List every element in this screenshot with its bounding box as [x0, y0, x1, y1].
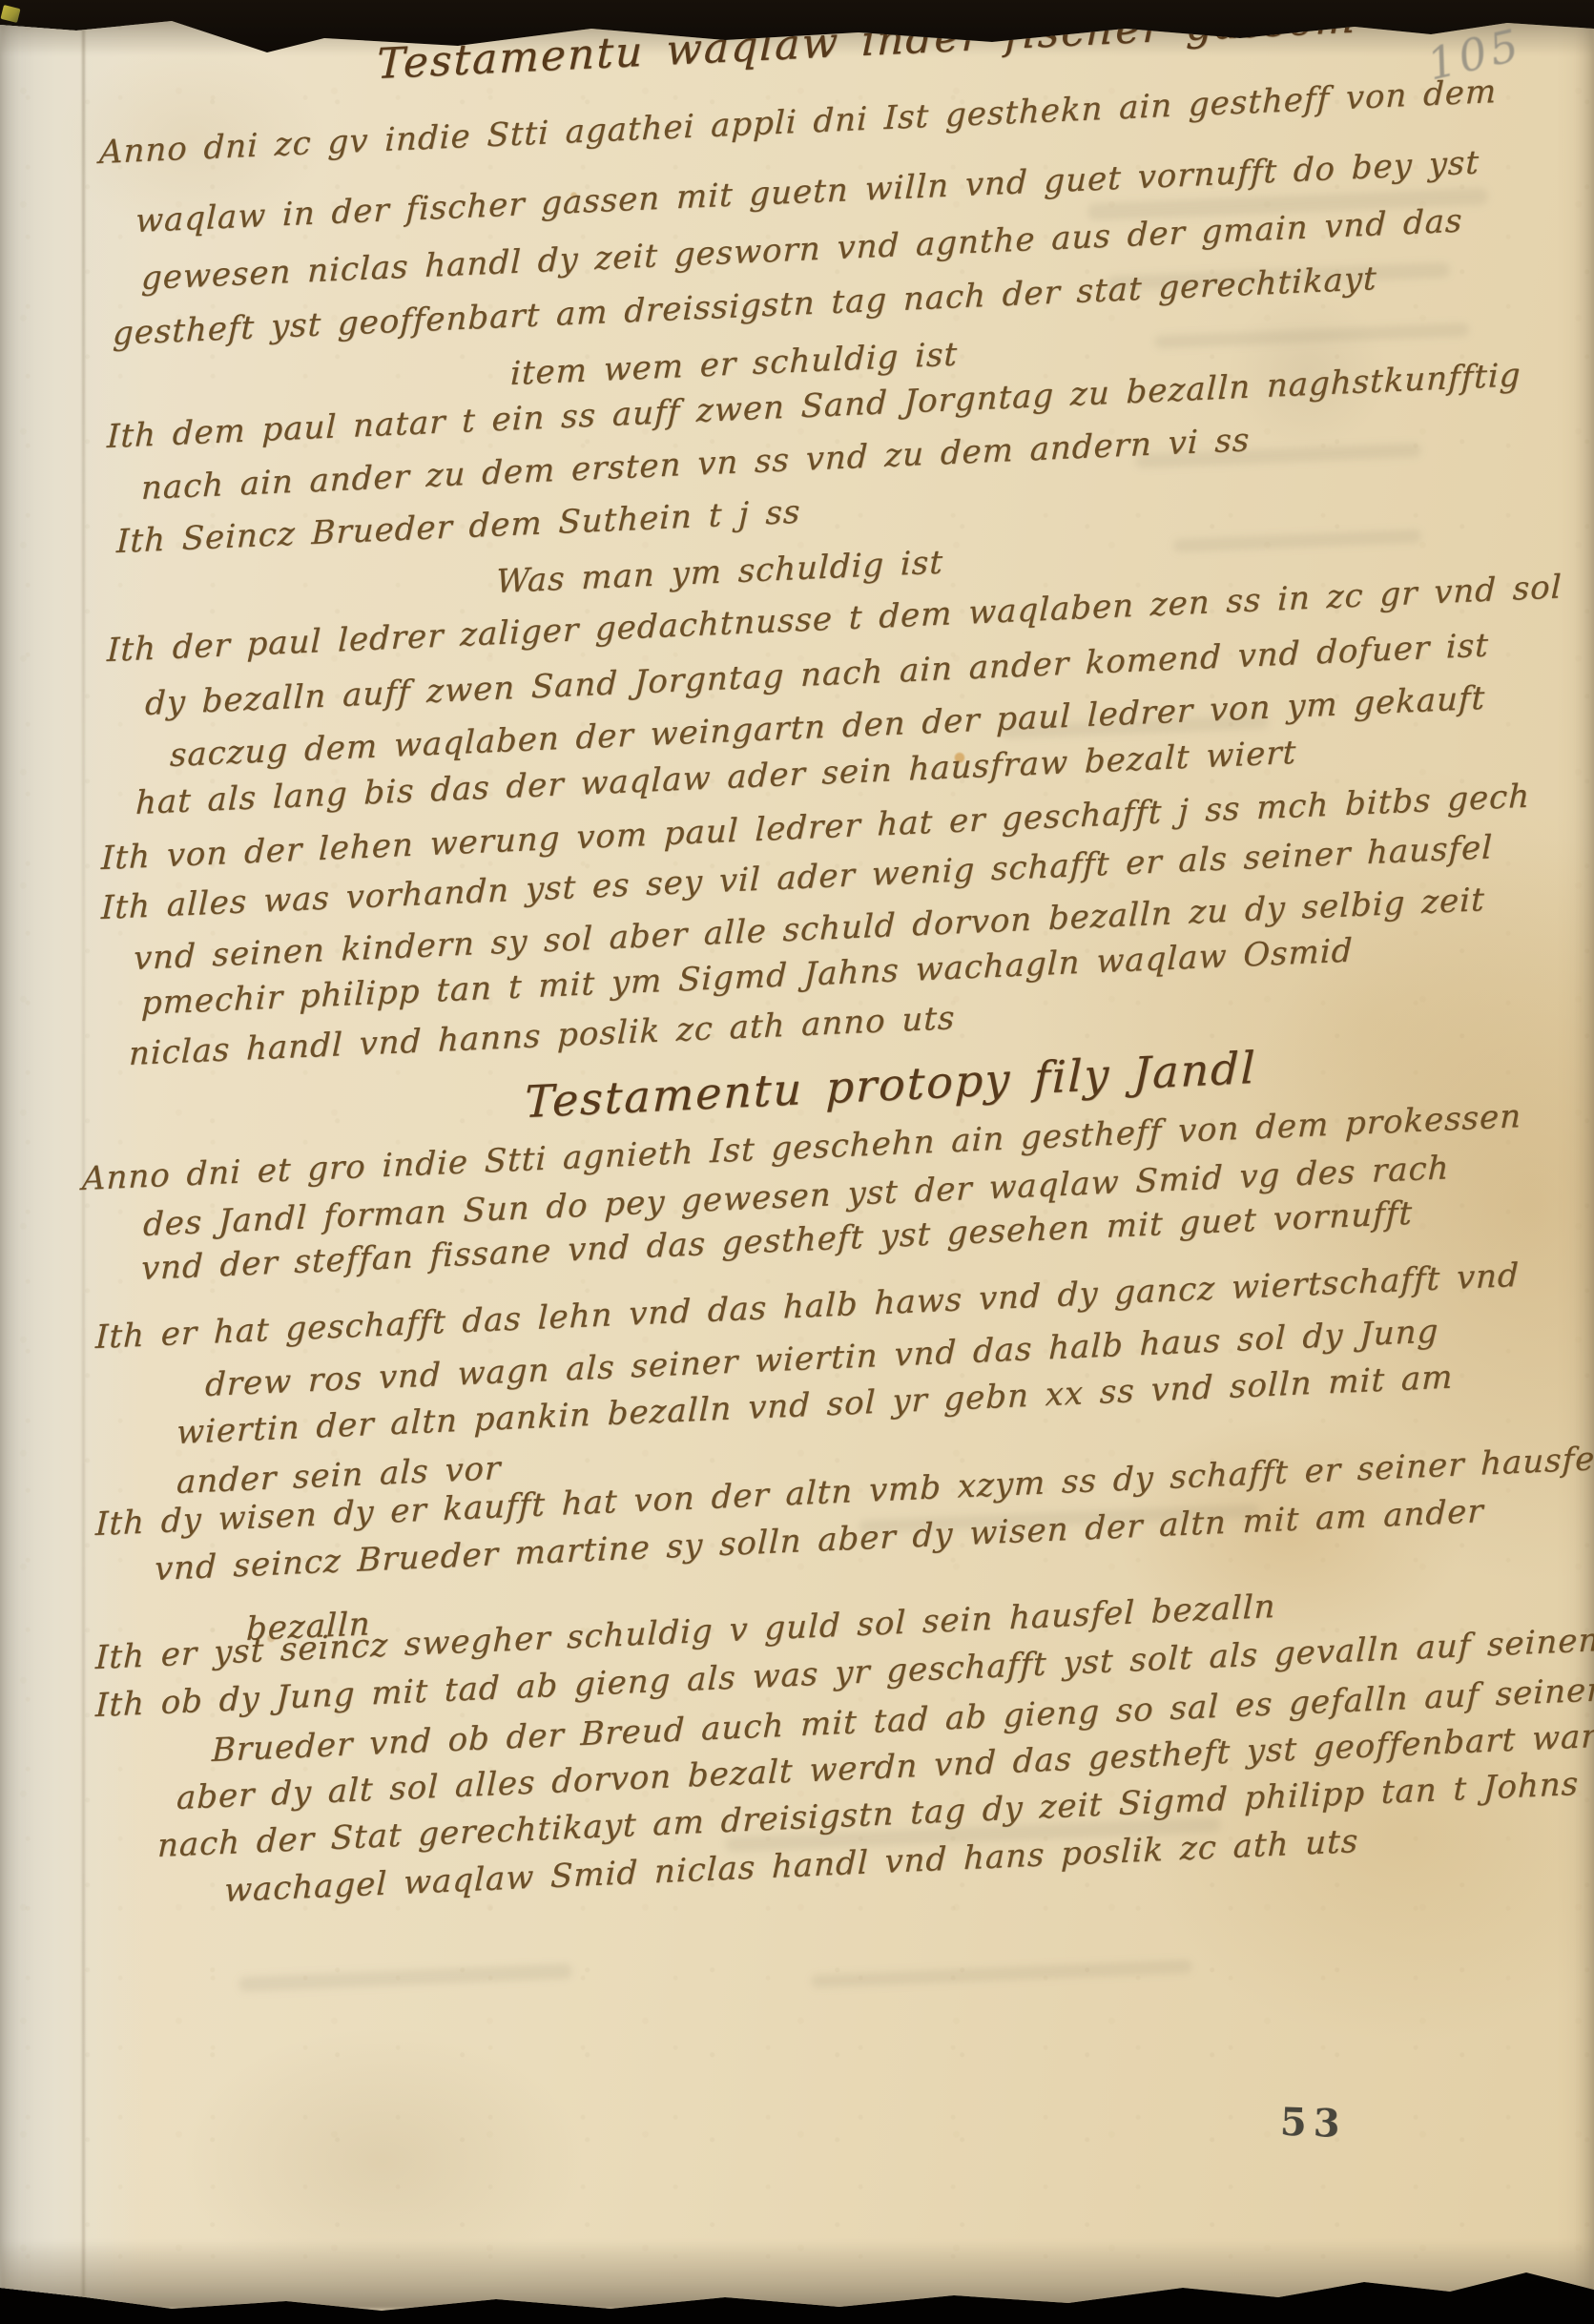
ink-show-through — [1154, 322, 1469, 348]
manuscript-page: 105 Testamentu waqlaw inder fischer gass… — [0, 0, 1594, 2324]
worn-bottom-edge — [0, 2240, 1594, 2309]
ink-show-through — [1173, 529, 1421, 552]
section-1-heading: Testamentu waqlaw inder fischer gassem — [376, 0, 1357, 89]
bookmark-ribbon — [0, 5, 20, 23]
manuscript-subheading: Was man ym schuldig ist — [495, 543, 943, 601]
page-number-stamp: 53 — [1279, 2100, 1347, 2147]
ink-show-through — [238, 1963, 572, 1992]
manuscript-photo: 105 Testamentu waqlaw inder fischer gass… — [0, 0, 1594, 2324]
ink-show-through — [811, 1960, 1192, 1988]
